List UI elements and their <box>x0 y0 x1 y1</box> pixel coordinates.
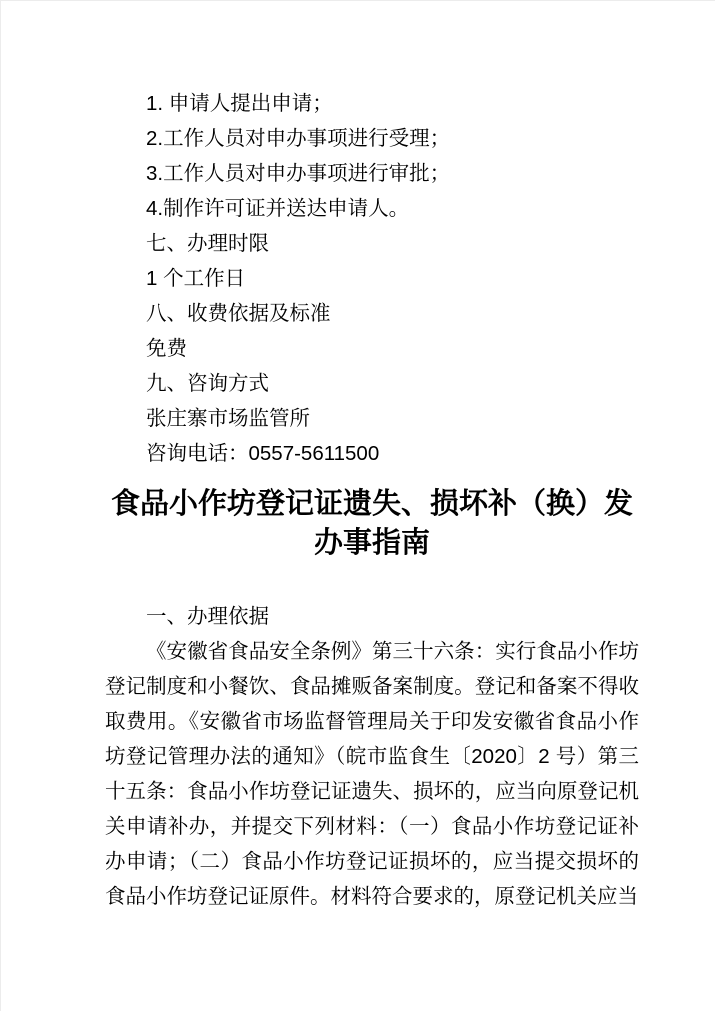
procedure-step-2: 2.工作人员对申办事项进行受理； <box>105 121 639 156</box>
section-heading-fees: 八、收费依据及标准 <box>105 296 639 331</box>
value-contact-phone: 咨询电话：0557-5611500 <box>105 436 639 471</box>
section-heading-time-limit: 七、办理时限 <box>105 226 639 261</box>
value-contact-office: 张庄寨市场监管所 <box>105 401 639 436</box>
section-heading-basis: 一、办理依据 <box>105 599 639 634</box>
procedure-step-4: 4.制作许可证并送达申请人。 <box>105 191 639 226</box>
document-content: 1. 申请人提出申请； 2.工作人员对申办事项进行受理； 3.工作人员对申办事项… <box>0 0 639 914</box>
procedure-step-3: 3.工作人员对申办事项进行审批； <box>105 156 639 191</box>
value-time-limit: 1 个工作日 <box>105 261 639 296</box>
document-page: 1. 申请人提出申请； 2.工作人员对申办事项进行受理； 3.工作人员对申办事项… <box>0 0 715 1011</box>
section-heading-contact: 九、咨询方式 <box>105 366 639 401</box>
value-fees: 免费 <box>105 331 639 366</box>
guide-title: 食品小作坊登记证遗失、损坏补（换）发办事指南 <box>105 485 639 563</box>
procedure-step-1: 1. 申请人提出申请； <box>105 86 639 121</box>
basis-paragraph: 《安徽省食品安全条例》第三十六条：实行食品小作坊登记制度和小餐饮、食品摊贩备案制… <box>105 634 639 914</box>
